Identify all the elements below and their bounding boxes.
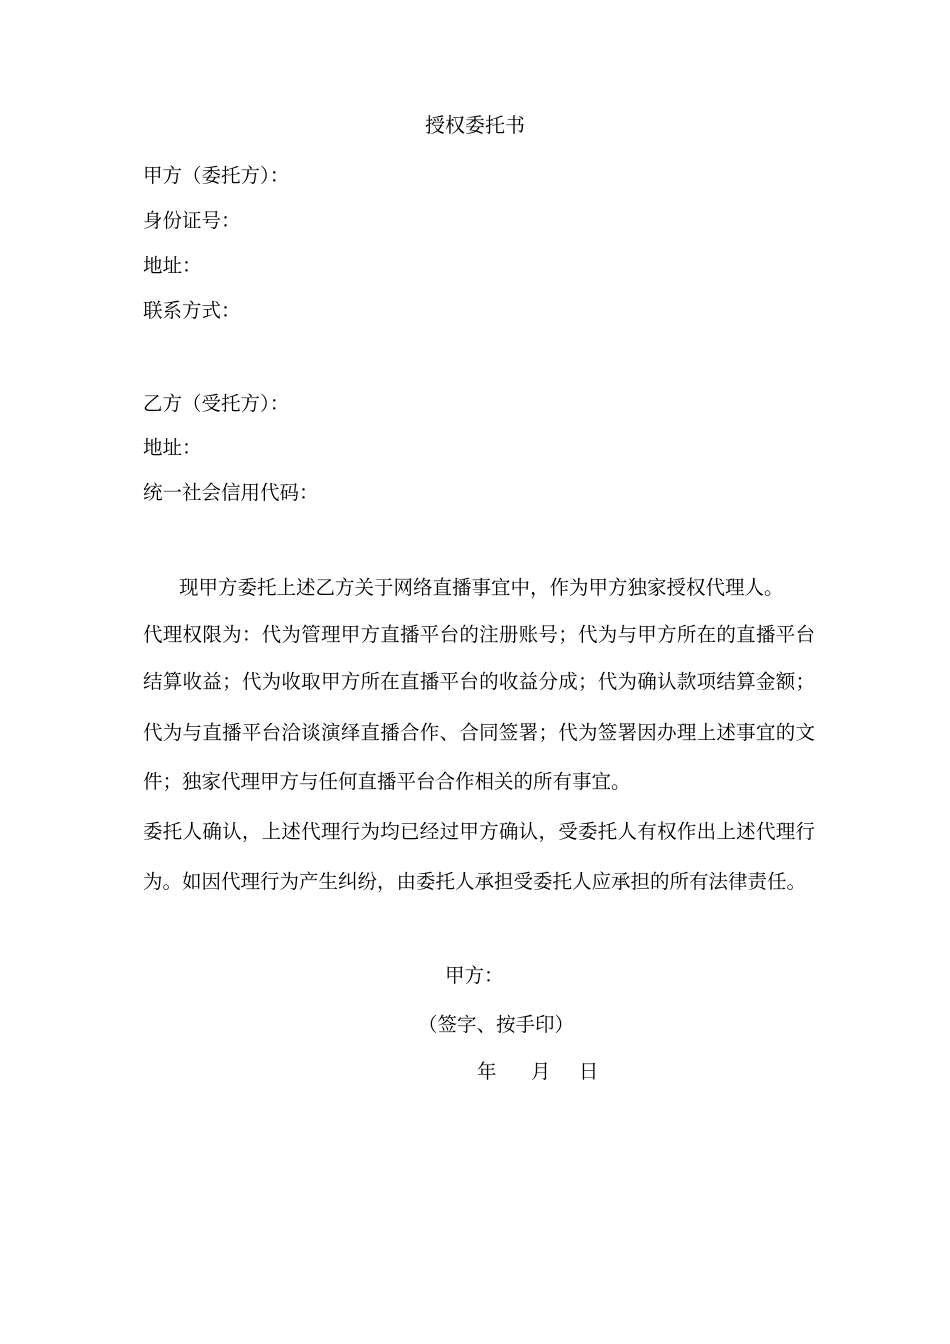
signature-date-year: 年 [477, 1058, 497, 1086]
party-a-name-label: 甲方（委托方）： [143, 162, 289, 190]
party-a-id-label: 身份证号： [143, 207, 241, 235]
party-a-contact-label: 联系方式： [143, 297, 241, 325]
body-paragraph-2-line-2: 结算收益；代为收取甲方所在直播平台的收益分成；代为确认款项结算金额； [143, 668, 815, 696]
body-paragraph-3-line-1: 委托人确认，上述代理行为均已经过甲方确认，受委托人有权作出上述代理行 [143, 818, 815, 846]
party-a-address-label: 地址： [143, 252, 202, 280]
body-paragraph-1: 现甲方委托上述乙方关于网络直播事宜中，作为甲方独家授权代理人。 [143, 574, 815, 602]
body-paragraph-2-line-1: 代理权限为：代为管理甲方直播平台的注册账号；代为与甲方所在的直播平台 [143, 621, 815, 649]
signature-date-month: 月 [531, 1058, 551, 1086]
body-paragraph-2-line-3: 代为与直播平台洽谈演绎直播合作、合同签署；代为签署因办理上述事宜的文 [143, 719, 815, 747]
signature-sign-note: （签字、按手印） [418, 1011, 574, 1039]
party-b-name-label: 乙方（受托方）： [143, 390, 289, 418]
party-b-credit-code-label: 统一社会信用代码： [143, 479, 319, 507]
body-paragraph-2-line-4: 件；独家代理甲方与任何直播平台合作相关的所有事宜。 [143, 768, 815, 796]
document-page: 授权委托书 甲方（委托方）： 身份证号： 地址： 联系方式： 乙方（受托方）： … [0, 0, 950, 1344]
signature-date-day: 日 [579, 1058, 599, 1086]
document-title: 授权委托书 [0, 112, 950, 140]
signature-date-line: 年 月 日 [477, 1058, 598, 1086]
body-paragraph-3-line-2: 为。如因代理行为产生纠纷，由委托人承担受委托人应承担的所有法律责任。 [143, 868, 815, 896]
party-b-address-label: 地址： [143, 434, 202, 462]
signature-party-label: 甲方： [445, 962, 504, 990]
